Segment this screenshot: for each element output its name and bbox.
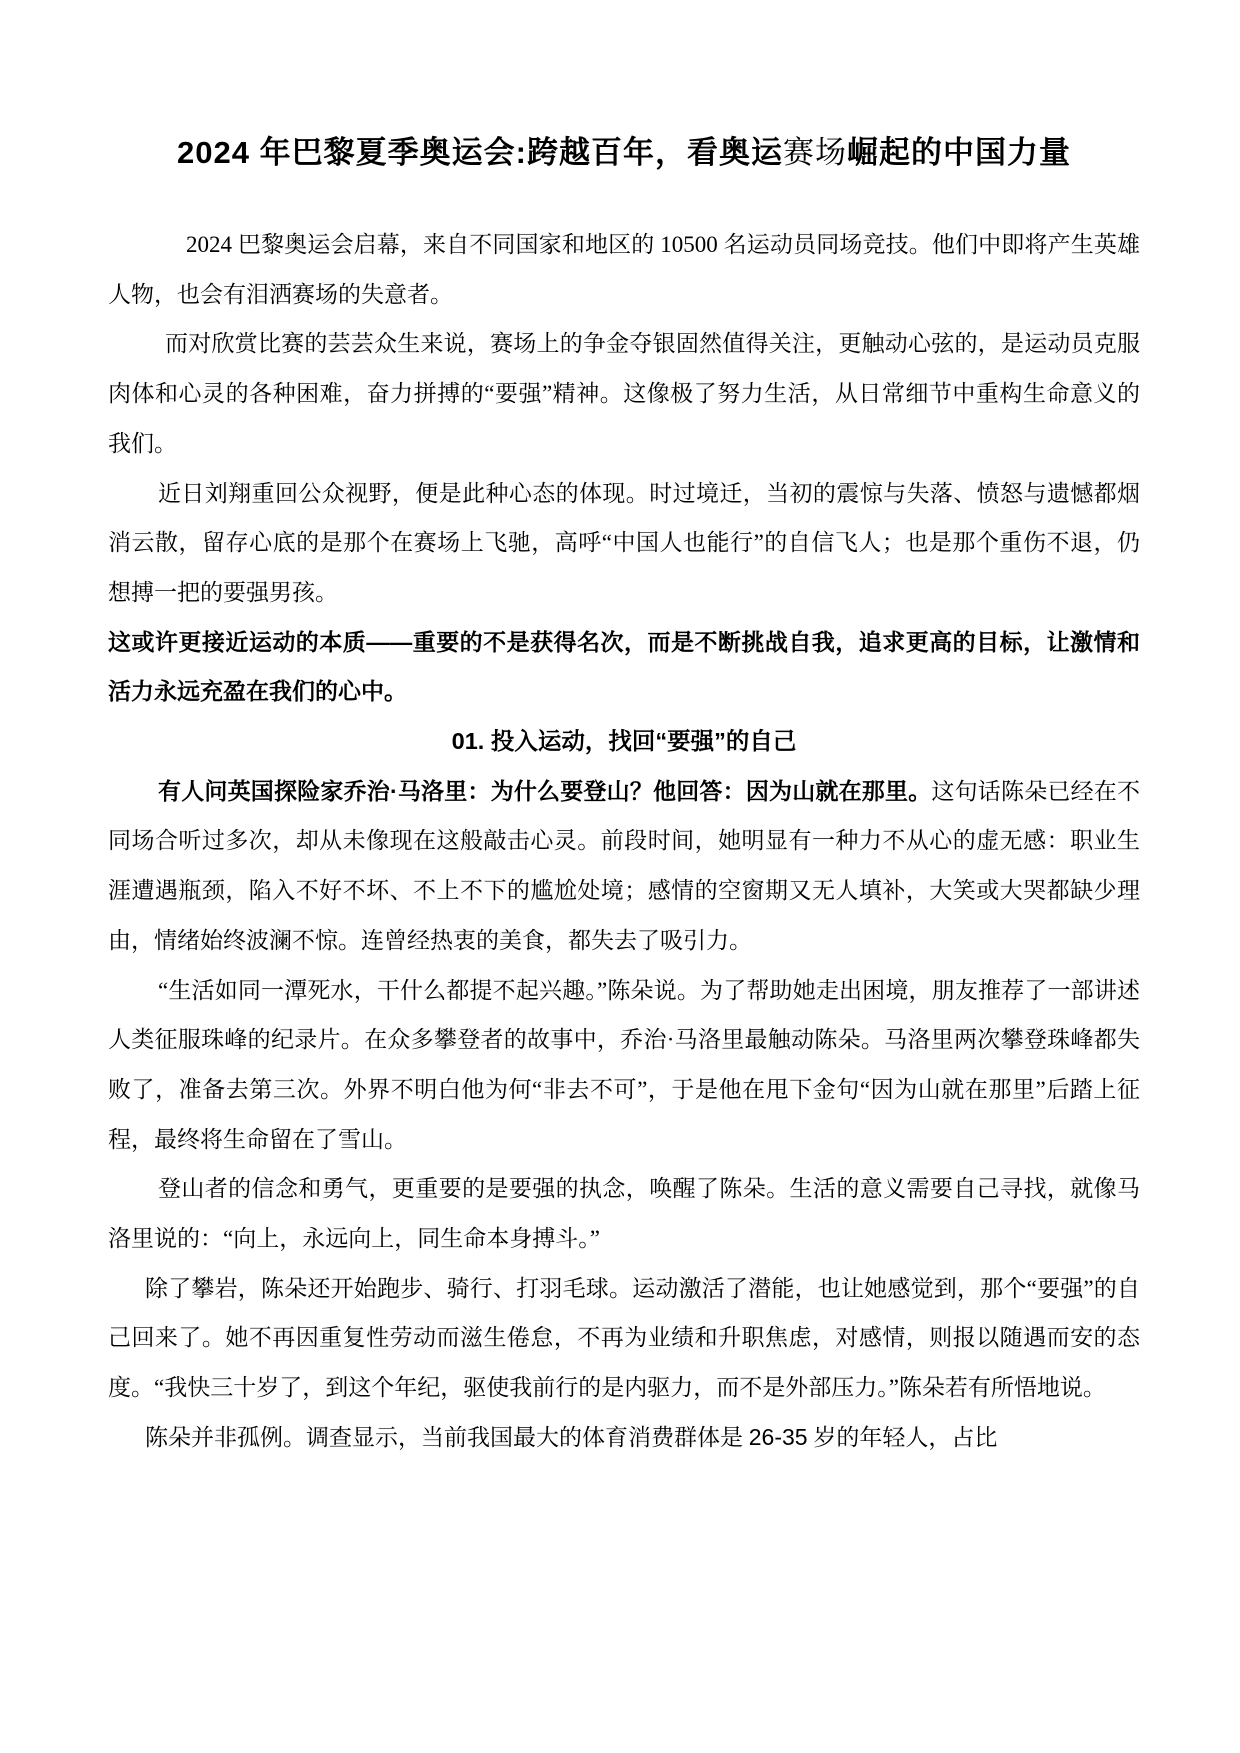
title-text-main: 2024 年巴黎夏季奥运会:跨越百年，看奥运 <box>177 135 783 170</box>
paragraph-stagnant-water: “生活如同一潭死水，干什么都提不起兴趣。”陈朵说。为了帮助她走出困境，朋友推荐了… <box>108 966 1140 1165</box>
title-text-tail: 崛起的中国力量 <box>847 135 1071 170</box>
document-title: 2024 年巴黎夏季奥运会:跨越百年，看奥运赛场崛起的中国力量 <box>108 0 1140 175</box>
survey-text-post: 岁的年轻人，占比 <box>808 1425 998 1450</box>
paragraph-essence-bold: 这或许更接近运动的本质——重要的不是获得名次，而是不断挑战自我，追求更高的目标，… <box>108 618 1140 717</box>
paragraph-mallory-question: 有人问英国探险家乔治·马洛里：为什么要登山？他回答：因为山就在那里。这句话陈朵已… <box>108 767 1140 966</box>
survey-age-range: 26-35 <box>749 1424 808 1450</box>
mallory-quote-bold: 有人问英国探险家乔治·马洛里：为什么要登山？他回答：因为山就在那里。 <box>158 778 931 804</box>
mallory-quote-rest: 这句话陈朵已经在不同场合听过多次，却从未像现在这般敲击心灵。前段时间，她明显有一… <box>108 779 1140 953</box>
paragraph-opening: 2024 巴黎奥运会启幕，来自不同国家和地区的 10500 名运动员同场竞技。他… <box>108 220 1140 319</box>
title-text-light: 赛场 <box>783 135 847 170</box>
document-body: 2024 巴黎奥运会启幕，来自不同国家和地区的 10500 名运动员同场竞技。他… <box>108 220 1140 1463</box>
paragraph-chenduo-sports: 除了攀岩，陈朵还开始跑步、骑行、打羽毛球。运动激活了潜能，也让她感觉到，那个“要… <box>108 1264 1140 1413</box>
survey-text-pre: 陈朵并非孤例。调查显示，当前我国最大的体育消费群体是 <box>145 1425 749 1450</box>
paragraph-climber-faith: 登山者的信念和勇气，更重要的是要强的执念，唤醒了陈朵。生活的意义需要自己寻找，就… <box>108 1164 1140 1263</box>
paragraph-survey: 陈朵并非孤例。调查显示，当前我国最大的体育消费群体是 26-35 岁的年轻人，占… <box>108 1413 1140 1463</box>
document-page: 2024 年巴黎夏季奥运会:跨越百年，看奥运赛场崛起的中国力量 2024 巴黎奥… <box>0 0 1240 1753</box>
paragraph-spectators: 而对欣赏比赛的芸芸众生来说，赛场上的争金夺银固然值得关注，更触动心弦的，是运动员… <box>108 319 1140 468</box>
paragraph-liuxiang: 近日刘翔重回公众视野，便是此种心态的体现。时过境迁，当初的震惊与失落、愤怒与遗憾… <box>108 469 1140 618</box>
section-heading: 01. 投入运动，找回“要强”的自己 <box>108 717 1140 767</box>
